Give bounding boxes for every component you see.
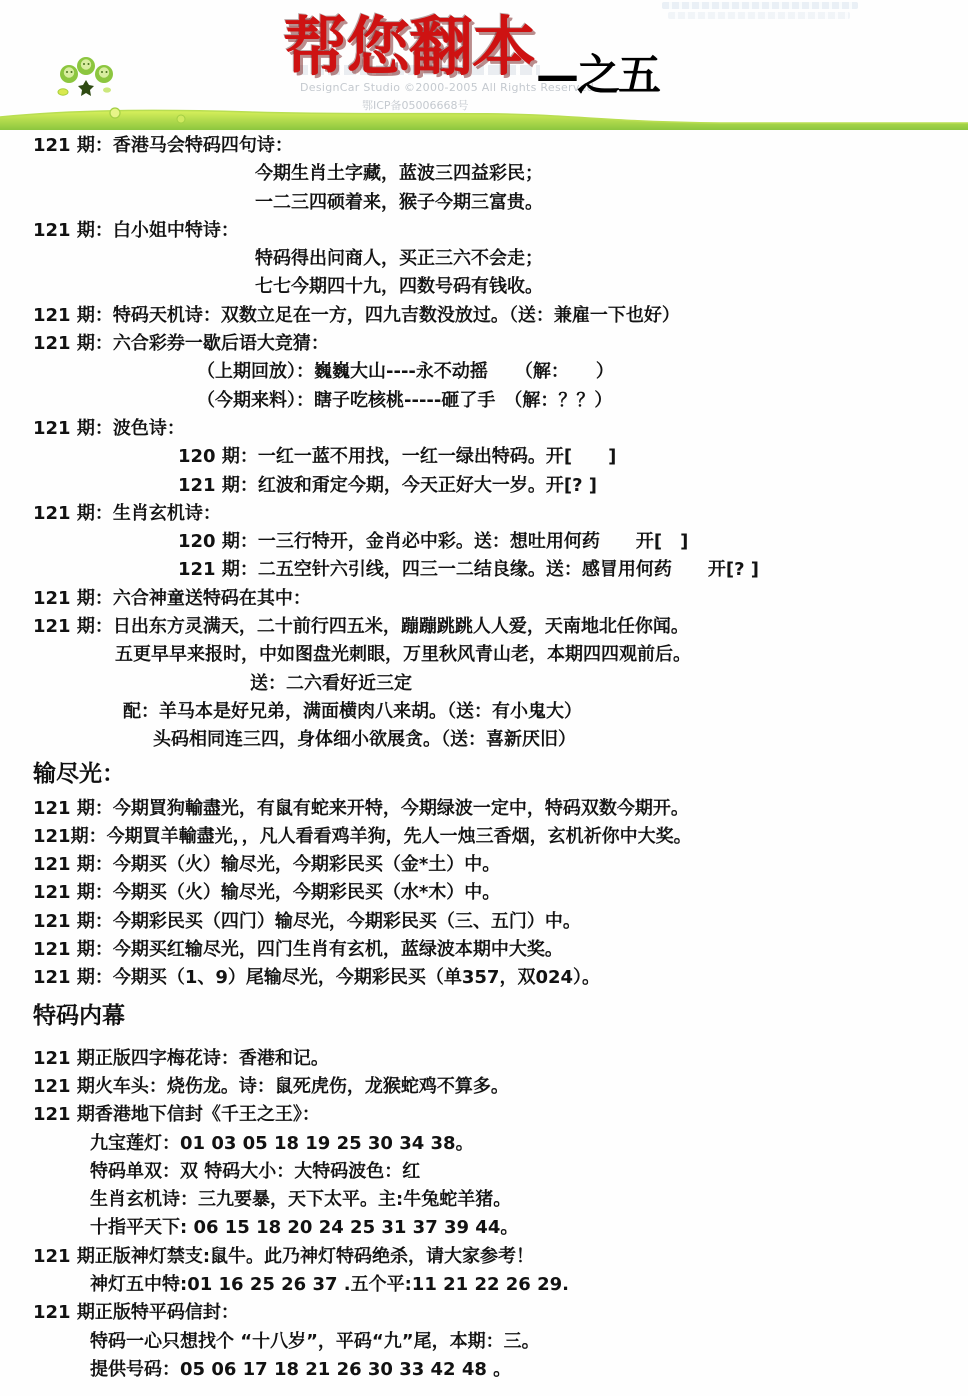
text-line: 五更早早来报时，中如图盘光刺眼，万里秋风青山老，本期四四观前后。 — [115, 641, 963, 669]
text-line: 121 期：香港马会特码四句诗： — [33, 132, 963, 160]
grass-band-graphic — [0, 106, 968, 134]
text-line: 九宝莲灯：01 03 05 18 19 25 30 34 38。 — [90, 1130, 963, 1158]
text-line: 121 期：今期买（火）输尽光，今期彩民买（水*木）中。 — [33, 879, 963, 907]
text-line: （今期来料）：瞎子吃核桃-----砸了手 （解：？？） — [197, 387, 963, 415]
text-line: 121 期：二五空针六引线，四三一二结良缘。送：感冒用何药 开[? ] — [178, 556, 963, 584]
text-line: 特码单双：双 特码大小：大特码波色：红 — [90, 1158, 963, 1186]
text-line: 121 期正版神灯禁支:鼠牛。此乃神灯特码绝杀，请大家参考！ — [33, 1243, 963, 1271]
page-title-suffix: —之五 — [536, 42, 659, 103]
text-line: 121 期：特码天机诗：双数立足在一方，四九吉数没放过。（送：兼雇一下也好） — [33, 302, 963, 330]
text-line: 特码得出问商人，买正三六不会走； — [255, 245, 963, 273]
text-line: 121期：今期買羊輸盡光，，凡人看看鸡羊狗，先人一烛三香烟，玄机祈你中大奖。 — [33, 823, 963, 851]
page-title: 帮您翻本 — [283, 2, 535, 94]
text-line: 七七今期四十九，四数号码有钱收。 — [255, 273, 963, 301]
text-line: （上期回放）：巍巍大山----永不动摇 （解： ） — [197, 358, 963, 386]
text-line: 121 期：今期买红输尽光，四门生肖有玄机，蓝绿波本期中大奖。 — [33, 936, 963, 964]
text-line: 特码一心只想找个 “十八岁”，平码“九”尾，本期：三。 — [90, 1328, 963, 1356]
text-line: 提供号码：05 06 17 18 21 26 30 33 42 48 。 — [90, 1356, 963, 1384]
text-line: 神灯五中特:01 16 25 26 37 .五个平:11 21 22 26 29… — [90, 1271, 963, 1299]
text-line: 121 期火车头：烧伤龙。诗：鼠死虎伤，龙猴蛇鸡不算多。 — [33, 1073, 963, 1101]
faint-watermark-text-line — [668, 12, 850, 19]
text-line: 配：羊马本是好兄弟，满面横肉八来胡。（送：有小鬼大） — [123, 698, 963, 726]
text-line: 121 期：日出东方灵满天，二十前行四五米，蹦蹦跳跳人人爱，天南地北任你闻。 — [33, 613, 963, 641]
text-line: 121 期：六合彩券一歇后语大竞猜： — [33, 330, 963, 358]
text-line: 送：二六看好近三定 — [250, 670, 963, 698]
text-line: 生肖玄机诗：三九要暴，天下太平。主:牛兔蛇羊猪。 — [90, 1186, 963, 1214]
text-line: 121 期：六合神童送特码在其中： — [33, 585, 963, 613]
icp-number-text: 鄂ICP备05006668号 — [362, 97, 469, 113]
text-line: 头码相同连三四，身体细小欲展贪。（送：喜新厌旧） — [153, 726, 963, 754]
text-line: 121 期：生肖玄机诗： — [33, 500, 963, 528]
text-line: 120 期：一三行特开，金肖必中彩。送：想吐用何药 开[ ] — [178, 528, 963, 556]
content: 121 期：香港马会特码四句诗： 今期生肖土字藏，蓝波三四益彩民； 一二三四硕着… — [33, 132, 963, 1384]
text-line: 十指平天下: 06 15 18 20 24 25 31 37 39 44。 — [90, 1214, 963, 1242]
page: 帮您翻本 —之五 DesignCar Studio ©2000-2005 All… — [0, 0, 968, 1396]
header: 帮您翻本 —之五 DesignCar Studio ©2000-2005 All… — [0, 0, 968, 132]
faint-watermark-text-line — [662, 2, 858, 9]
balloons-logo-icon — [55, 56, 119, 102]
text-line: 今期生肖土字藏，蓝波三四益彩民； — [255, 160, 963, 188]
section-title-temaneimu: 特码内幕 — [33, 1003, 963, 1029]
text-line: 121 期：白小姐中特诗： — [33, 217, 963, 245]
text-line: 一二三四硕着来，猴子今期三富贵。 — [255, 189, 963, 217]
text-line: 121 期：今期买（1、9）尾输尽光，今期彩民买（单357，双024）。 — [33, 964, 963, 992]
text-line: 121 期正版四字梅花诗：香港和记。 — [33, 1045, 963, 1073]
text-line: 121 期：波色诗： — [33, 415, 963, 443]
text-line: 121 期：今期买（火）输尽光，今期彩民买（金*土）中。 — [33, 851, 963, 879]
text-line: 121 期：今期買狗輸盡光，有鼠有蛇来开特，今期绿波一定中，特码双数今期开。 — [33, 795, 963, 823]
text-line: 121 期：今期彩民买（四门）输尽光，今期彩民买（三、五门）中。 — [33, 908, 963, 936]
section-title-shujinguang: 输尽光： — [33, 761, 963, 787]
text-line: 121 期：红波和甭定今期，今天正好大一岁。开[? ] — [178, 472, 963, 500]
text-line: 121 期正版特平码信封： — [33, 1299, 963, 1327]
text-line: 120 期：一红一蓝不用找，一红一绿出特码。开[ ] — [178, 443, 963, 471]
text-line: 121 期香港地下信封《千王之王》： — [33, 1101, 963, 1129]
